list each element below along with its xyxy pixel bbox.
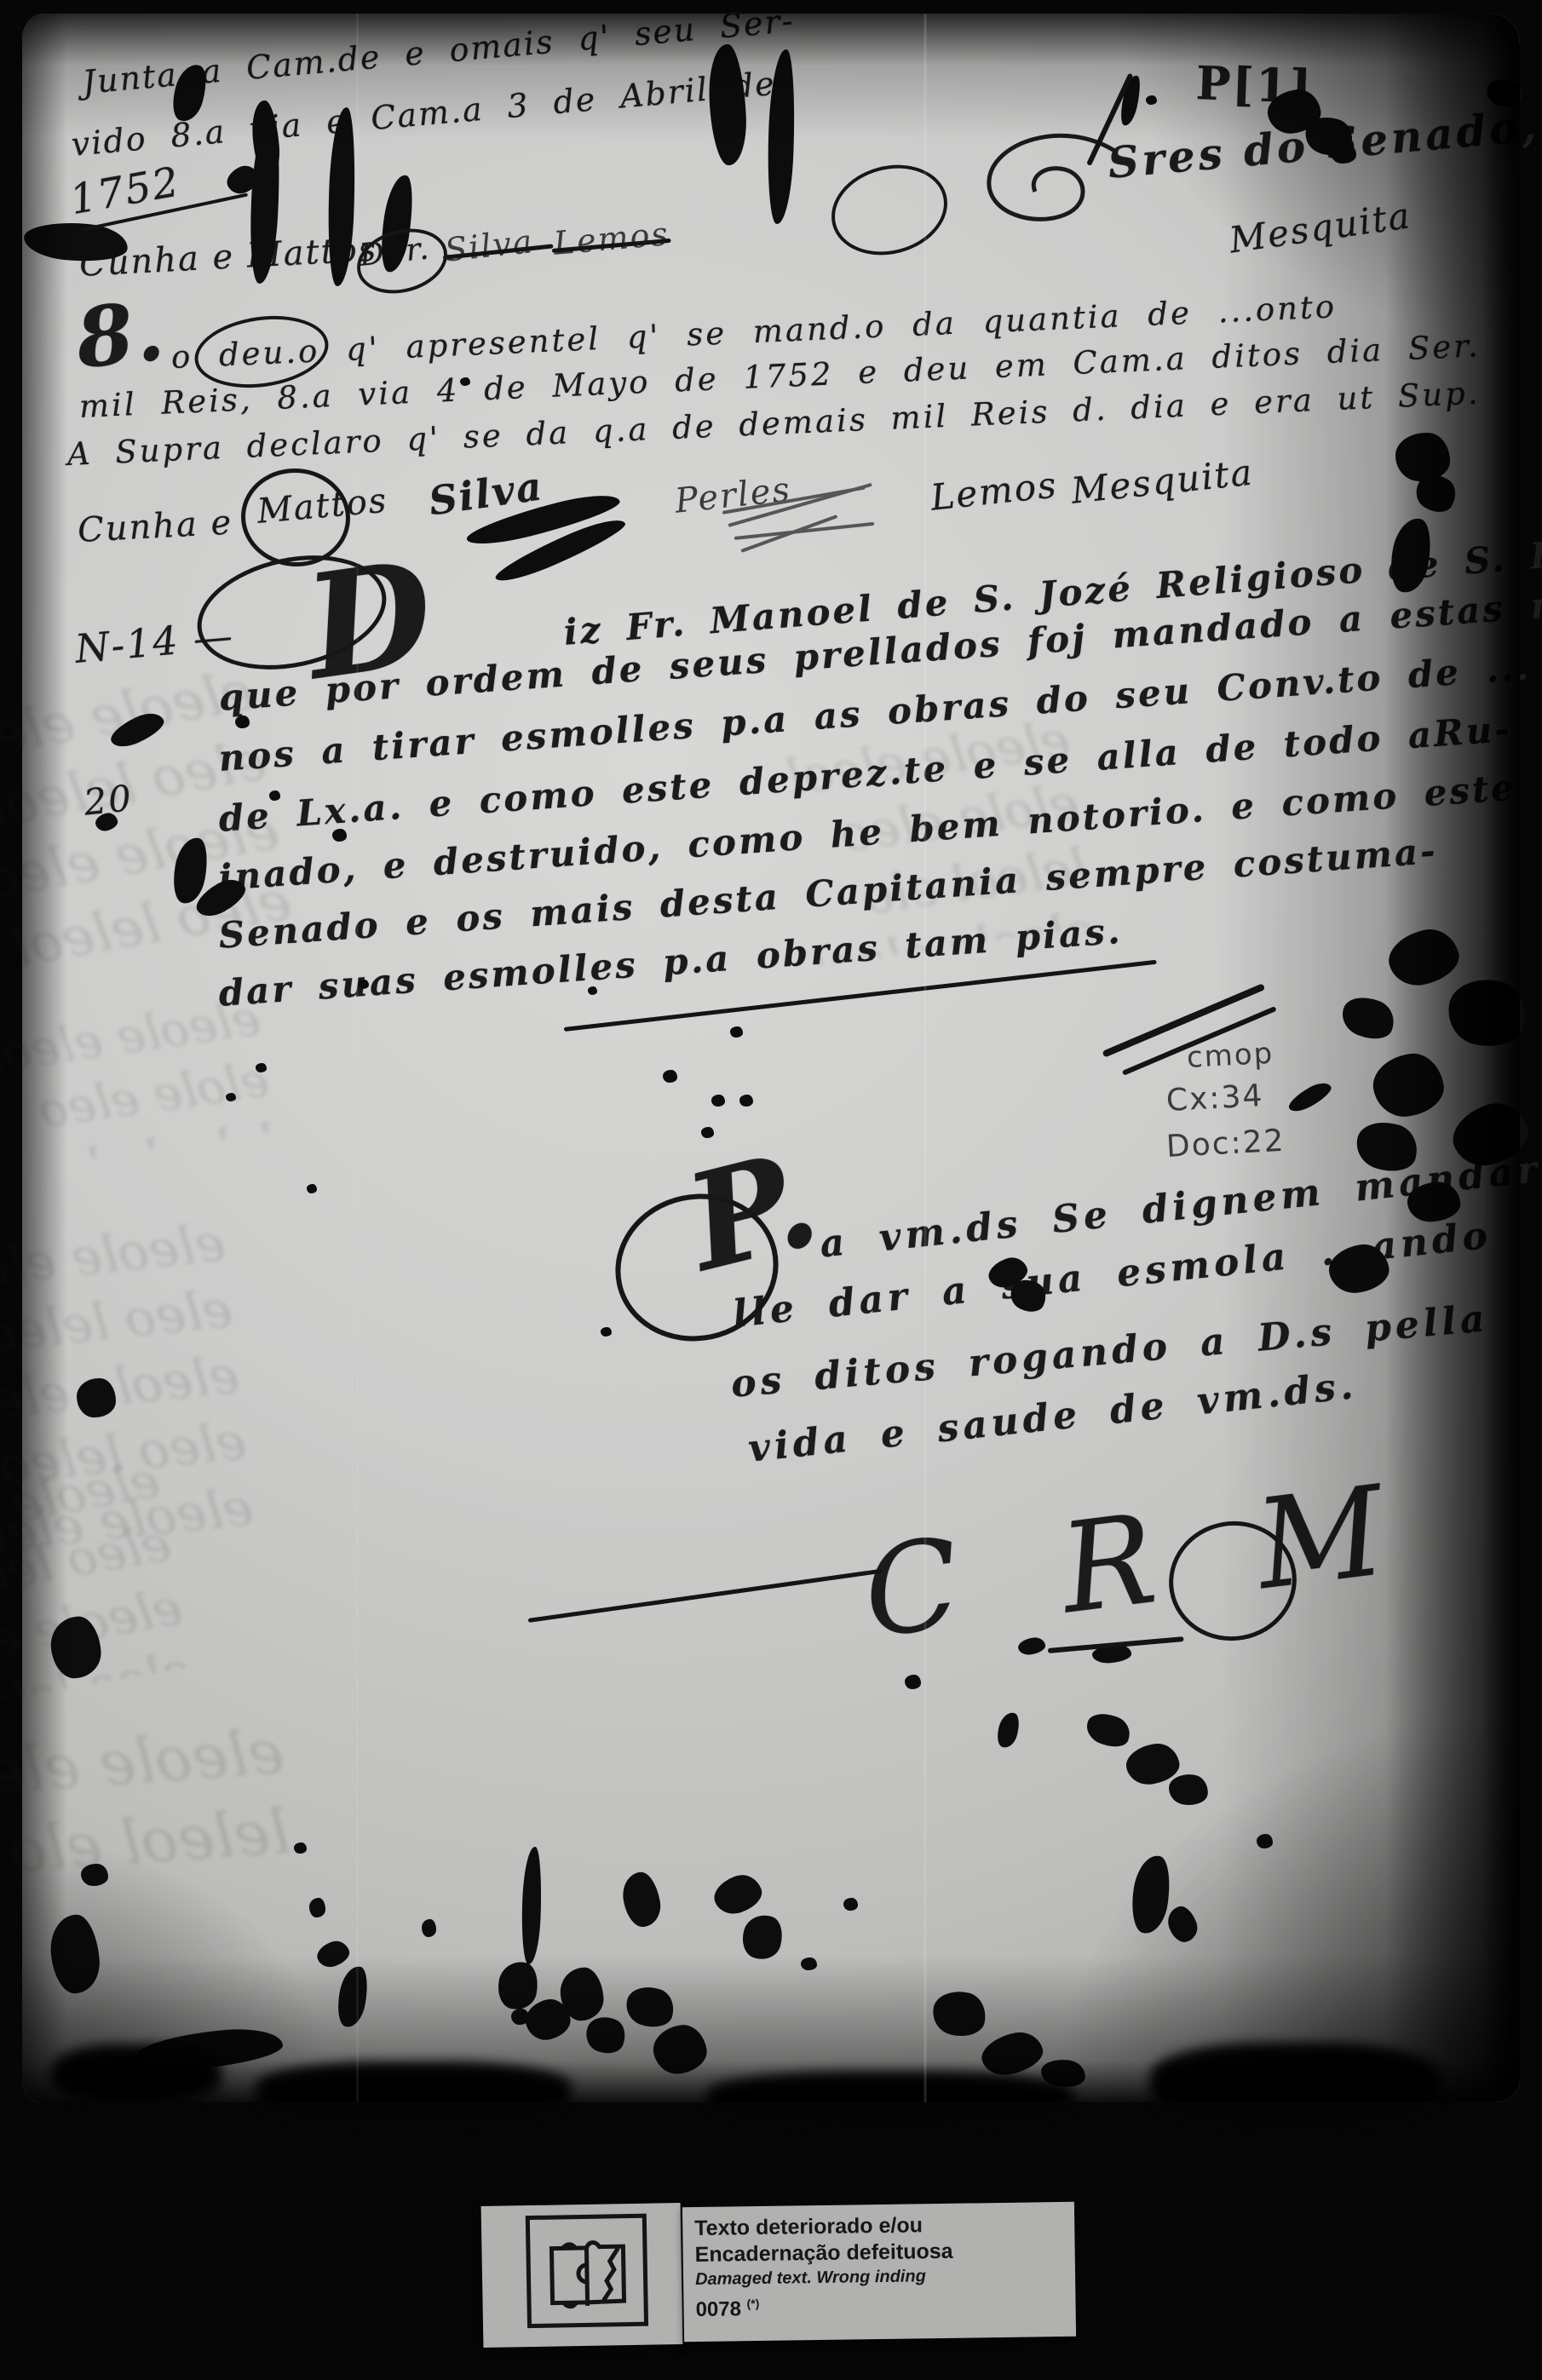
- ink-blot: [801, 1957, 817, 1970]
- ink-blot: [588, 986, 597, 995]
- ink-blot: [730, 1026, 743, 1038]
- ink-blot: [739, 1095, 753, 1107]
- ink-blot: [1395, 433, 1450, 481]
- ink-blot: [1146, 95, 1157, 105]
- damaged-book-icon-frame: [526, 2214, 648, 2328]
- manuscript-scan: Junta a Cam.de e omais q' seu Ser- vido …: [0, 0, 1542, 2380]
- ink-blot: [511, 2009, 529, 2025]
- archive-pencil-note-line: Cx:34: [1165, 1078, 1264, 1118]
- ink-blot: [256, 1063, 267, 1072]
- torn-page-edge: [256, 2061, 571, 2121]
- torn-page-edge: [51, 2044, 222, 2104]
- registration-initial: 8.: [72, 282, 170, 387]
- ink-blot: [701, 1127, 714, 1138]
- ink-blot: [1331, 143, 1356, 164]
- ink-blot: [1257, 1834, 1273, 1848]
- ink-blot: [309, 1898, 325, 1917]
- ink-blot: [307, 1184, 317, 1193]
- ink-blot: [601, 1327, 612, 1337]
- ink-blot: [81, 1864, 108, 1886]
- ink-blot: [294, 1842, 307, 1854]
- signature: Cunha e: [77, 503, 233, 549]
- ink-blot: [226, 1093, 236, 1101]
- torn-page-edge: [707, 2072, 1073, 2123]
- archive-pencil-note-line: Doc:22: [1165, 1124, 1286, 1164]
- ink-blot: [905, 1675, 921, 1689]
- ink-blot: [235, 716, 250, 728]
- damaged-book-icon: [534, 2227, 640, 2324]
- ink-blot: [358, 980, 369, 989]
- ink-blot: [77, 1378, 116, 1417]
- damaged-text-label: [481, 2203, 683, 2348]
- ink-blot: [422, 1919, 436, 1937]
- damaged-text-label-text: Texto deteriorado e/ou Encadernação defe…: [682, 2202, 1076, 2342]
- ink-blot: [843, 1898, 858, 1911]
- ink-blot: [269, 790, 280, 801]
- ink-blot: [711, 1095, 725, 1107]
- label-code: 0078 (*): [695, 2286, 1075, 2323]
- ink-blot: [663, 1070, 677, 1083]
- ink-blot: [332, 829, 347, 842]
- torn-page-edge: [1150, 2043, 1440, 2124]
- ink-blot: [460, 377, 470, 386]
